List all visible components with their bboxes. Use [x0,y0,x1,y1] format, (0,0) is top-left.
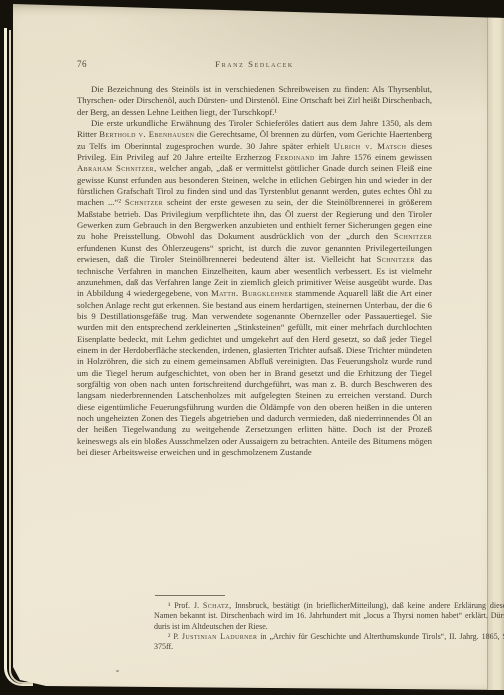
footnotes: ¹ Prof. J. Schatz, Innsbruck, bestätigt … [154,595,504,653]
person-name: Schnitzer [394,231,432,241]
person-name: Schnitzer [125,197,163,207]
page-header: 76 Franz Sedlacek [77,59,432,71]
page-surface: 76 Franz Sedlacek Die Bezeichnung des St… [0,0,504,695]
footnote-separator [155,595,225,596]
text-block: 76 Franz Sedlacek Die Bezeichnung des St… [77,59,432,538]
person-name: Schnitzer [377,254,415,264]
text-run: Die Bezeichnung des Steinöls ist in vers… [77,84,432,117]
scanned-book-page: 76 Franz Sedlacek Die Bezeichnung des St… [0,0,504,695]
text-run: ² P. [168,632,182,641]
text-run: ¹ Prof. J. [168,601,203,610]
footnote-list: ¹ Prof. J. Schatz, Innsbruck, bestätigt … [154,601,504,653]
person-name: Abraham Schnitzer [77,163,154,173]
gutter-fold [487,12,504,694]
body-paragraph: Die Bezeichnung des Steinöls ist in vers… [77,84,432,118]
body-text: Die Bezeichnung des Steinöls ist in vers… [77,84,432,538]
running-header: Franz Sedlacek [77,59,432,69]
person-name: Berthold v. Ebenhausen [99,129,194,139]
footnote: ¹ Prof. J. Schatz, Innsbruck, bestätigt … [154,601,504,632]
paper-speck [116,670,119,672]
page-number: 76 [77,59,87,69]
body-paragraph: Die erste urkundliche Erwähnung des Tiro… [77,118,432,458]
text-run: im Jahre 1576 einem gewissen [315,152,432,162]
person-name: Schatz [203,601,229,610]
person-name: Matth. Burgklehner [211,288,293,298]
person-name: Justinian Ladurner [182,632,257,641]
person-name: Ulrich v. Matsch [334,141,407,151]
person-name: Ferdinand [275,152,315,162]
footnote: ² P. Justinian Ladurner in „Archiv für G… [154,632,504,653]
text-run: stammende Aquarell läßt die Art einer so… [77,288,432,457]
